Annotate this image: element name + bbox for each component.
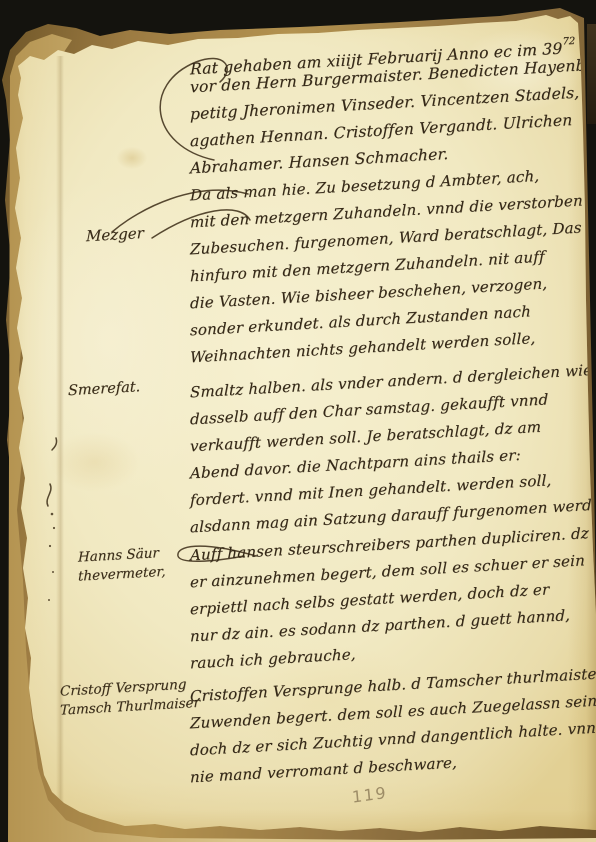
entry-block: Hanns Säurthevermeter,Auff hansen steurs… [56,520,590,685]
margin-column: Hanns Säurthevermeter, [56,542,190,684]
body-column: Auff hansen steurschreibers parthen dupl… [190,520,590,677]
handwriting-plane: Rat gehaben am xiiijt Februarij Anno ec … [0,0,596,842]
body-column: Smaltz halben. als vnder andern. d dergl… [190,357,596,542]
margin-column [56,74,190,189]
margin-column: Mezger [56,182,190,378]
margin-column: Smerefat. [56,375,190,548]
entry-block: MezgerDa als man hie. Zu besetzung d Amb… [56,160,590,379]
margin-column: Cristoff VersprungTamsch Thurlmaiser [56,675,190,798]
margin-note: Smerefat. [56,375,190,401]
binding-edge [587,24,596,124]
body-column: Da als man hie. Zu besetzung d Ambter, a… [190,160,590,371]
entry-block: Cristoff VersprungTamsch ThurlmaiserCris… [56,661,590,799]
manuscript-page: Rat gehaben am xiiijt Februarij Anno ec … [0,0,596,842]
entry-block: Smerefat.Smaltz halben. als vnder andern… [56,357,590,549]
photo-background: Rat gehaben am xiiijt Februarij Anno ec … [0,0,596,842]
margin-note: Mezger [56,221,190,247]
body-column: Cristoffen Versprunge halb. d Tamscher t… [190,660,596,791]
entries: vor den Hern Burgermaister. Benedicten H… [0,0,596,842]
